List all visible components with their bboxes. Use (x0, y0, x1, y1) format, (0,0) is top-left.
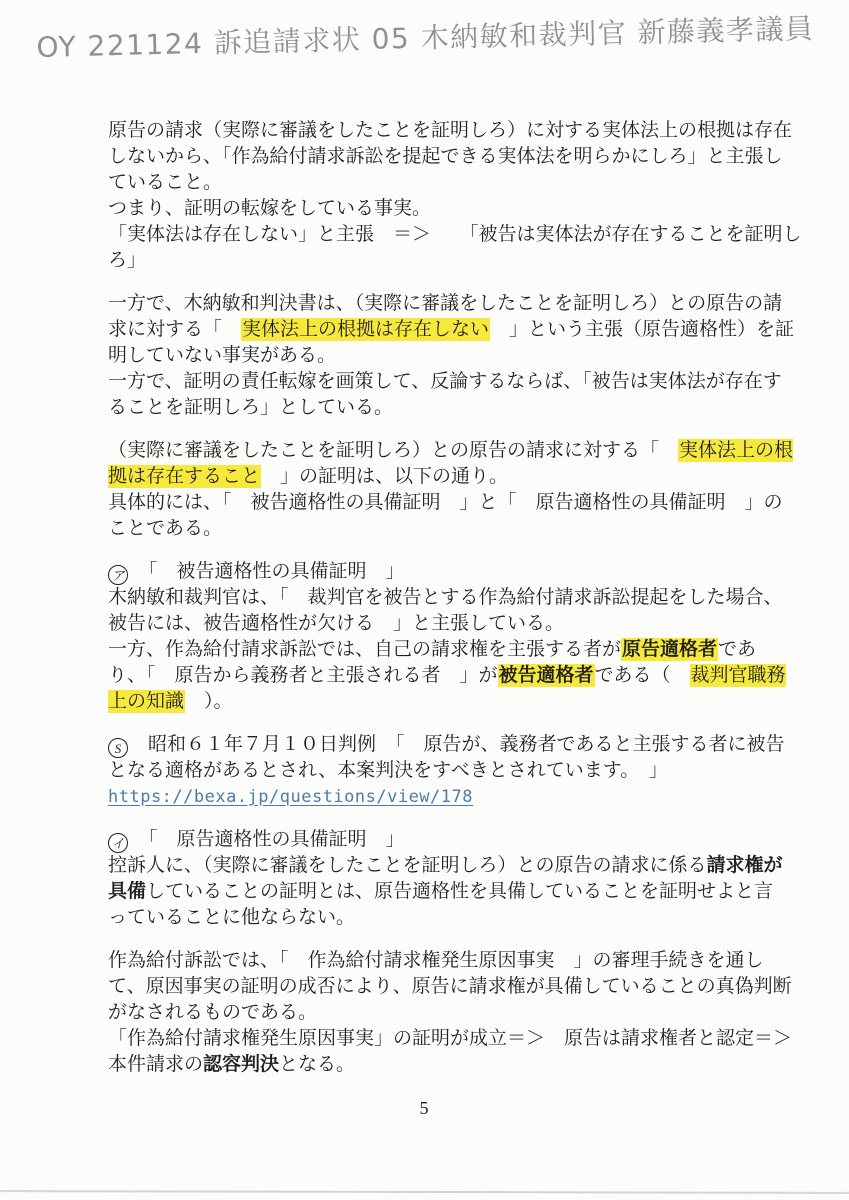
circled-mark: イ (108, 833, 128, 853)
text-run: 「 原告適格性の具備証明 」控訴人に、（実際に審議をしたことを証明しろ）との原告… (108, 829, 707, 876)
paragraph: 一方で、木納敏和判決書は、（実際に審議をしたことを証明しろ）との原告の請求に対す… (108, 291, 824, 421)
text-run: である（ (595, 665, 690, 686)
highlighted-text: 実体法上の根拠は存在しない (241, 318, 490, 341)
scan-edge-line (0, 1190, 849, 1194)
bexa-link[interactable]: https://bexa.jp/questions/view/178 (108, 787, 473, 807)
paragraph: ア 「 被告適格性の具備証明 」木納敏和裁判官は、「 裁判官を被告とする作為給付… (108, 559, 824, 715)
handwritten-header: OY 221124 訴追請求状 05 木納敏和裁判官 新藤義孝議員 (36, 7, 827, 66)
paragraph: 原告の請求（実際に審議をしたことを証明しろ）に対する実体法上の根拠は存在しないか… (108, 118, 824, 274)
circled-mark: S (108, 738, 128, 758)
highlighted-bold-text: 原告適格者 (621, 638, 718, 661)
paragraph: イ 「 原告適格性の具備証明 」控訴人に、（実際に審議をしたことを証明しろ）との… (108, 827, 824, 931)
text-run: となる。 (279, 1054, 355, 1075)
document-page: OY 221124 訴追請求状 05 木納敏和裁判官 新藤義孝議員 原告の請求（… (0, 0, 849, 1200)
document-body: 原告の請求（実際に審議をしたことを証明しろ）に対する実体法上の根拠は存在しないか… (108, 118, 824, 1095)
circled-mark: ア (108, 565, 128, 585)
paragraph: （実際に審議をしたことを証明しろ）との原告の請求に対する「 実体法上の根拠は存在… (108, 438, 824, 542)
bold-text: 認容判決 (203, 1054, 279, 1075)
paragraph: S 昭和６１年７月１０日判例 「 原告が、義務者であると主張する者に被告となる適… (108, 732, 824, 810)
text-run: 昭和６１年７月１０日判例 「 原告が、義務者であると主張する者に被告となる適格が… (108, 734, 785, 781)
highlighted-bold-text: 被告適格者 (498, 664, 595, 687)
text-run: 原告の請求（実際に審議をしたことを証明しろ）に対する実体法上の根拠は存在しないか… (108, 120, 802, 271)
text-run: していることの証明とは、原告適格性を具備していることを証明せよと言っていることに… (108, 881, 773, 928)
paragraph: 作為給付訴訟では、「 作為給付請求権発生原因事実 」の審理手続きを通して、原因事… (108, 948, 824, 1078)
page-number: 5 (0, 1098, 849, 1119)
text-run: （実際に審議をしたことを証明しろ）との原告の請求に対する「 (108, 440, 678, 461)
text-run: ）。 (185, 691, 233, 712)
